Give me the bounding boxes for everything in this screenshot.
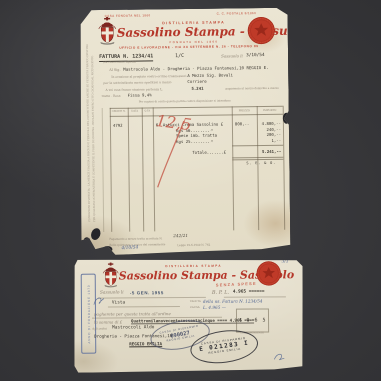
table-column-rule [142, 108, 145, 232]
paper-edge-notch [283, 113, 290, 124]
blue-flourish-icon [272, 350, 286, 362]
addressee: Mastrocola Aldo - Drogheria - Piazza Fon… [123, 64, 268, 71]
payer-name: Mastroccoli Aldo [112, 325, 154, 330]
total-label: Totale.......£ [192, 149, 226, 154]
somma-label: la somma di £ [94, 319, 122, 324]
photo-background: CASA FONDATA NEL 1860 C. C. POSTALE 8/18… [0, 0, 381, 381]
table-amount-1: 4.800,-- [257, 121, 281, 126]
body-line5: Per ragioni di conto questa partita cont… [120, 98, 250, 104]
paper-tear-hole [90, 227, 102, 241]
footer-blue-date: 4/10/54 [121, 245, 138, 251]
receipt-company-type: DISTILLERIA STAMPA [134, 264, 254, 269]
table-column-rule [102, 108, 105, 232]
table-column-rule [110, 108, 113, 232]
table-column-rule [128, 108, 131, 232]
table-header-price: PREZZO [232, 109, 257, 112]
valuta-label: VALUTA [190, 299, 201, 302]
table-header-order: ORDINE N. [110, 110, 128, 113]
errors-omitted-note: S. E. & O. [246, 161, 276, 165]
table-desc-4: Kgs 25........〃 [176, 138, 214, 144]
red-handwriting-mark: 12,5 [155, 111, 193, 134]
receipt-date-stamp: -5 GEN. 1955 [130, 290, 164, 295]
amount-box: 4 9 6 5 [236, 308, 269, 332]
bpl-value: 4.965 ====== [233, 289, 265, 294]
coat-of-arms-icon [97, 17, 118, 45]
body-line2-value: Corriere [187, 79, 206, 84]
body-line1-label: In evasione al pregiato vostro ordine tr… [111, 73, 186, 78]
causa-label: CAUSA [190, 305, 200, 308]
addressee-prefix: Al Sig. [109, 67, 120, 71]
side-conditions-2: PER QUALSIASI CONTROVERSIA E COMPETENTE … [91, 56, 96, 222]
body-line2-label: per la sottoindicata merce speditavi a m… [103, 80, 171, 85]
fattura-reference: della ns. Fattura N. 1234/54 [203, 298, 263, 303]
invoice-place-label: Sassuolo li [221, 53, 243, 58]
table-header-qty: Q.TA [142, 109, 153, 112]
foundation-stamp-text: ANNO DI FONDAZIONE 1870 [86, 284, 90, 343]
body-line4-label: tratta - Resa [102, 93, 121, 97]
invoice-copy-number: 1/C [175, 53, 184, 59]
paper-tear-hole [102, 246, 112, 253]
pay-order-line: pagherete per questa tratta all'ordine [94, 311, 171, 317]
table-header-date: DATA [128, 110, 142, 113]
table-desc-3: Spese imb. tratta [176, 133, 217, 138]
footer-line1-label: Pagamento a mezzo tratta accettata N. [109, 236, 162, 241]
blue-flourish-icon [92, 295, 108, 307]
coat-of-arms-icon [102, 262, 120, 287]
invoice-office-line: UFFICIO E LAVORAZIONE - VIA XX SETTEMBRE… [109, 44, 269, 50]
causa-value: L. 4.965 — [203, 304, 226, 309]
body-line3-label: A voi resa franco stazione partenza L. [105, 87, 163, 92]
table-column-rule [283, 106, 286, 230]
body-line3-value: 5.241 [191, 85, 203, 90]
table-header-amount: IMPORTO [257, 108, 283, 111]
invoice-date: 3/10/54 [246, 53, 265, 58]
receipt-paper: ANNO DI FONDAZIONE 1870 DISTILLERIA STAM… [74, 258, 304, 373]
footer-line2-extra: Legge 19-6-1940 N. 762 [177, 242, 210, 246]
red-seal-icon [247, 16, 276, 45]
table-amount-4: 1,-- [257, 138, 281, 143]
body-line3-right: pagamento al nostro domicilio a mezzo [225, 85, 278, 90]
senza-spese-stamp: SENZA SPESE [216, 281, 257, 288]
table-amount-3: 200,-- [257, 132, 281, 137]
table-column-rule [232, 106, 235, 230]
vista-value: Vista [112, 300, 125, 305]
red-seal-icon [256, 260, 282, 286]
table-amount-2: 240,-- [257, 126, 281, 131]
invoice-brand-sub: FONDATA NEL 1860 [134, 39, 254, 44]
total-value: 5.241,-- [257, 149, 281, 154]
invoice-corner-note-right: C. C. POSTALE 8/1860 [217, 11, 257, 15]
ruled-line [98, 297, 206, 299]
table-order-no: 4792 [113, 123, 123, 128]
paper-tear-hole [83, 237, 90, 246]
bpl-label: B. P. L. [212, 289, 229, 295]
ruled-line [108, 306, 180, 308]
amount-box-value: 4 9 6 5 [238, 317, 266, 323]
table-price: 800,-- [235, 121, 250, 126]
invoice-number-sub: (da citarsi nella risposta) [103, 60, 136, 63]
footer-pencil-note: 242/21 [173, 233, 188, 238]
invoice-paper: CASA FONDATA NEL 1860 C. C. POSTALE 8/18… [79, 8, 291, 256]
corner-blue-note: 3/1 [282, 259, 289, 264]
body-line4-value: Fissa 9,4% [128, 92, 152, 97]
payer-prefix: Agli ordini [92, 326, 107, 330]
body-line1-value: A Mezzo Sig. Bovali [187, 72, 233, 78]
